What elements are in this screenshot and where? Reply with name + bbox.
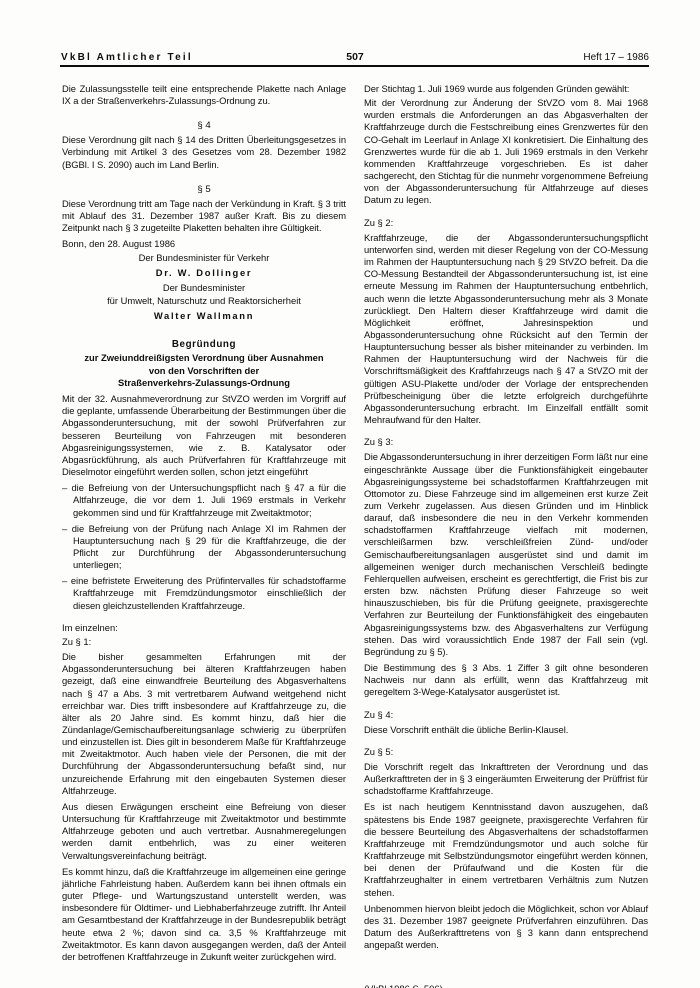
- header-rule-divider: [60, 65, 649, 67]
- list-item-befreiung-anlage11: – die Befreiung von der Prüfung nach Anl…: [62, 523, 346, 572]
- list-item-erweiterung-pruefintervall: – eine befristete Erweiterung des Prüfin…: [62, 575, 346, 611]
- left-column: Die Zulassungsstelle teilt eine entsprec…: [62, 83, 346, 988]
- paragraph-zu1-3: Es kommt hinzu, daß die Kraftfahrzeuge i…: [62, 866, 346, 963]
- signatory-2-title-line2: für Umwelt, Naturschutz und Reaktorsiche…: [62, 295, 346, 308]
- heading-im-einzelnen: Im einzelnen:: [62, 622, 346, 634]
- journal-title: VkBl Amtlicher Teil: [61, 52, 346, 63]
- paragraph-zu4-1: Diese Vorschrift enthält die übliche Ber…: [364, 724, 648, 736]
- section-heading-par4: § 4: [62, 120, 346, 131]
- paragraph-zu5-3: Unbenommen hiervon bleibt jedoch die Mög…: [364, 903, 648, 952]
- heading-zu-par2: Zu § 2:: [364, 217, 648, 229]
- page-header: VkBl Amtlicher Teil 507 Heft 17 – 1986: [61, 51, 649, 63]
- heading-zu-par3: Zu § 3:: [364, 436, 648, 448]
- paragraph-stichtag: Der Stichtag 1. Juli 1969 wurde aus folg…: [364, 83, 648, 95]
- paragraph-stvzo-1968: Mit der Verordnung zur Änderung der StVZ…: [364, 97, 648, 206]
- list-item-befreiung-47a: – die Befreiung von der Untersuchungspfl…: [62, 482, 346, 518]
- signatory-2-title-line1: Der Bundesminister: [62, 282, 346, 295]
- heading-zu-par5: Zu § 5:: [364, 746, 648, 758]
- signatory-1-name: Dr. W. Dollinger: [62, 267, 346, 280]
- begruendung-subtitle-line3: Straßenverkehrs-Zulassungs-Ordnung: [62, 377, 346, 389]
- heading-zu-par1: Zu § 1:: [62, 636, 346, 648]
- paragraph-zu3-1: Die Abgassonderuntersuchung in ihrer der…: [364, 451, 648, 658]
- page-number: 507: [346, 51, 364, 63]
- gazette-page: VkBl Amtlicher Teil 507 Heft 17 – 1986 D…: [0, 0, 700, 988]
- signatory-1-title: Der Bundesminister für Verkehr: [62, 252, 346, 265]
- paragraph-par4: Diese Verordnung gilt nach § 14 des Drit…: [62, 134, 346, 170]
- begruendung-title: Begründung: [62, 339, 346, 350]
- source-reference: (VkBl 1986 S. 506): [364, 983, 648, 988]
- paragraph-zu2-1: Kraftfahrzeuge, die der Abgassonderunter…: [364, 232, 648, 427]
- begruendung-subtitle-line2: von den Vorschriften der: [62, 365, 346, 377]
- paragraph-begruendung-intro: Mit der 32. Ausnahmeverordnung zur StVZO…: [62, 393, 346, 478]
- paragraph-zu1-2: Aus diesen Erwägungen erscheint eine Bef…: [62, 801, 346, 862]
- issue-number: Heft 17 – 1986: [364, 52, 649, 63]
- paragraph-zu3-2: Die Bestimmung des § 3 Abs. 1 Ziffer 3 g…: [364, 662, 648, 698]
- begruendung-subtitle-line1: zur Zweiunddreißigsten Verordnung über A…: [62, 352, 346, 364]
- signature-block: Der Bundesminister für Verkehr Dr. W. Do…: [62, 252, 346, 322]
- paragraph-zu5-2: Es ist nach heutigem Kenntnisstand davon…: [364, 801, 648, 898]
- date-place-line: Bonn, den 28. August 1986: [62, 237, 346, 250]
- signatory-2-name: Walter Wallmann: [62, 310, 346, 323]
- section-heading-par5: § 5: [62, 184, 346, 195]
- paragraph-zu5-1: Die Vorschrift regelt das Inkrafttreten …: [364, 761, 648, 797]
- paragraph-zu1-1: Die bisher gesammelten Erfahrungen mit d…: [62, 651, 346, 797]
- two-column-body: Die Zulassungsstelle teilt eine entsprec…: [62, 83, 648, 988]
- right-column: Der Stichtag 1. Juli 1969 wurde aus folg…: [364, 83, 648, 988]
- heading-zu-par4: Zu § 4:: [364, 709, 648, 721]
- paragraph-plakette: Die Zulassungsstelle teilt eine entsprec…: [62, 83, 346, 107]
- paragraph-par5: Diese Verordnung tritt am Tage nach der …: [62, 198, 346, 234]
